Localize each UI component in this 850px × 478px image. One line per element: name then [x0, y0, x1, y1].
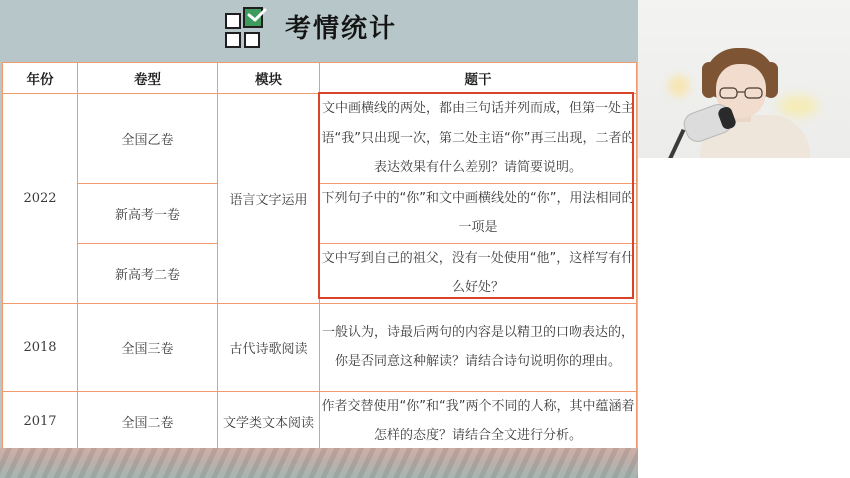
question-cell: 文中画横线的两处，都由三句话并列而成，但第一处主语“我”只出现一次，第二处主语“…: [320, 94, 637, 184]
table-row: 新高考一卷 下列句子中的“你”和文中画横线处的“你”，用法相同的一项是: [3, 183, 637, 243]
question-cell: 文中写到自己的祖父，没有一处使用“他”，这样写有什么好处？: [320, 243, 637, 303]
paper-cell: 全国二卷: [78, 391, 218, 451]
exam-stats-table: 年份 卷型 模块 题干 2022 全国乙卷 语言文字运用 文中画横线的两处，都由…: [2, 62, 637, 452]
table-row: 新高考二卷 文中写到自己的祖父，没有一处使用“他”，这样写有什么好处？: [3, 243, 637, 303]
header-year: 年份: [3, 63, 78, 94]
table-header-row: 年份 卷型 模块 题干: [3, 63, 637, 94]
header-question: 题干: [320, 63, 637, 94]
question-cell: 一般认为，诗最后两句的内容是以精卫的口吻表达的，你是否同意这种解读？请结合诗句说…: [320, 303, 637, 391]
header-paper: 卷型: [78, 63, 218, 94]
year-cell: 2022: [3, 94, 78, 304]
table-row: 2022 全国乙卷 语言文字运用 文中画横线的两处，都由三句话并列而成，但第一处…: [3, 94, 637, 184]
module-cell: 语言文字运用: [218, 94, 320, 304]
slide-title: 考情统计: [285, 8, 397, 45]
paper-cell: 全国乙卷: [78, 94, 218, 184]
year-cell: 2017: [3, 391, 78, 451]
question-cell: 下列句子中的“你”和文中画横线处的“你”，用法相同的一项是: [320, 183, 637, 243]
question-cell: 作者交替使用“你”和“我”两个不同的人称，其中蕴涵着怎样的态度？请结合全文进行分…: [320, 391, 637, 451]
presenter-video: [638, 0, 850, 158]
slide: 考情统计 年份 卷型 模块 题干 2022 全国乙卷 语言文字运用 文中画横线的…: [0, 0, 638, 478]
header-module: 模块: [218, 63, 320, 94]
paper-cell: 新高考一卷: [78, 183, 218, 243]
paper-cell: 新高考二卷: [78, 243, 218, 303]
slide-header: 考情统计: [223, 4, 397, 48]
table-row: 2017 全国二卷 文学类文本阅读 作者交替使用“你”和“我”两个不同的人称，其…: [3, 391, 637, 451]
mountain-background: [0, 448, 638, 478]
module-cell: 文学类文本阅读: [218, 391, 320, 451]
glasses-icon: [718, 86, 764, 100]
year-cell: 2018: [3, 303, 78, 391]
paper-cell: 全国三卷: [78, 303, 218, 391]
module-cell: 古代诗歌阅读: [218, 303, 320, 391]
checklist-icon: [223, 4, 273, 48]
table-row: 2018 全国三卷 古代诗歌阅读 一般认为，诗最后两句的内容是以精卫的口吻表达的…: [3, 303, 637, 391]
